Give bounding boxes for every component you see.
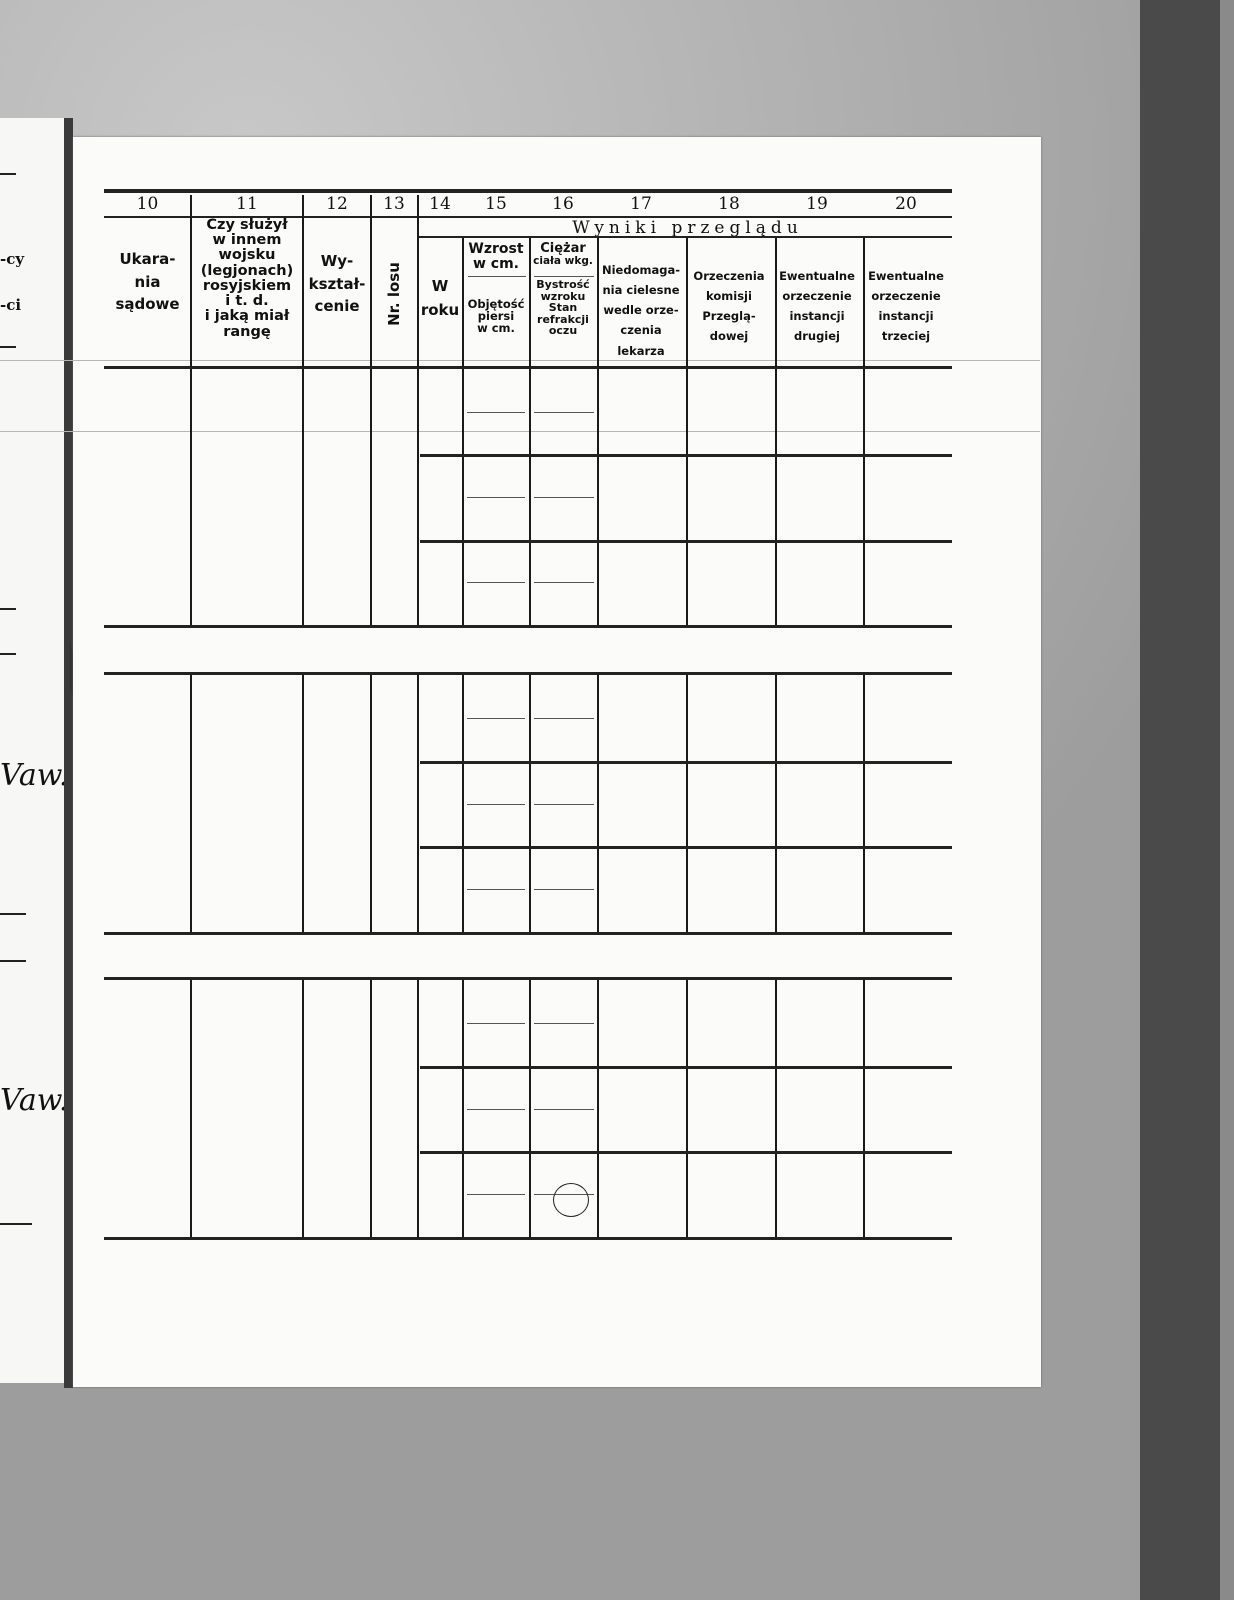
header-niedomagania: Niedomaga- nia cielesne wedle orze- czen… <box>597 260 685 361</box>
sub-row-rule <box>420 761 952 764</box>
header-line: Ewentualne <box>773 266 861 286</box>
column-divider <box>597 238 599 367</box>
measurement-split-rule <box>467 804 525 805</box>
column-divider <box>686 238 688 367</box>
column-number-14: 14 <box>417 194 463 216</box>
sub-row-rule <box>420 846 952 849</box>
sub-row-rule <box>420 1151 952 1154</box>
group-header-wyniki: Wyniki przeglądu <box>425 218 950 238</box>
measurement-split-rule <box>534 582 594 583</box>
header-line: rosyjskiem <box>191 279 303 294</box>
header-line: ciała wkg. <box>529 256 597 267</box>
left-rule <box>0 173 16 175</box>
column-divider <box>462 675 464 932</box>
scanner-shadow-band <box>1140 0 1220 1600</box>
column-number-11: 11 <box>191 194 303 216</box>
column-number-15: 15 <box>463 194 529 216</box>
block-top-rule <box>104 672 952 675</box>
header-line: czenia <box>597 320 685 340</box>
header-line: nia cielesne <box>597 280 685 300</box>
header-split-rule <box>468 276 526 277</box>
column-divider <box>370 675 372 932</box>
scan-artifact <box>0 360 1040 361</box>
header-line: dowej <box>685 326 773 346</box>
header-line: lekarza <box>597 341 685 361</box>
measurement-split-rule <box>467 889 525 890</box>
sub-row-rule <box>420 1066 952 1069</box>
header-line: wojsku <box>191 248 303 263</box>
left-text-fragment: -cy <box>0 250 24 268</box>
column-divider <box>529 980 531 1237</box>
header-bottom-rule <box>104 366 952 369</box>
header-line: Ewentualne <box>861 266 951 286</box>
column-divider <box>190 195 192 367</box>
header-line: oczu <box>529 325 597 337</box>
header-line: Ciężar <box>529 242 597 256</box>
scan-artifact <box>0 431 1040 432</box>
column-number-18: 18 <box>685 194 773 216</box>
measurement-split-rule <box>534 497 594 498</box>
header-objetosc: Objętość piersi w cm. <box>463 298 529 334</box>
column-divider <box>775 675 777 932</box>
header-line: Stan <box>529 302 597 314</box>
column-divider <box>417 980 419 1237</box>
header-line: instancji <box>861 306 951 326</box>
header-line: (legjonach) <box>191 264 303 279</box>
header-line: Bystrość <box>529 279 597 291</box>
header-orzeczenia-komisji: Orzeczenia komisji Przeglą- dowej <box>685 266 773 347</box>
column-number-12: 12 <box>303 194 371 216</box>
header-line: komisji <box>685 286 773 306</box>
header-wzrost: Wzrost w cm. <box>463 242 529 271</box>
block-top-rule <box>104 977 952 980</box>
header-line: roku <box>417 298 463 322</box>
measurement-split-rule <box>534 1023 594 1024</box>
column-divider <box>190 369 192 625</box>
header-wyksztalcenie: Wy- kształ- cenie <box>303 250 371 318</box>
column-divider <box>529 675 531 932</box>
column-number-10: 10 <box>104 194 191 216</box>
left-page-fragment: -cy -ci Vaw. Vaw. <box>0 118 69 1383</box>
column-divider <box>597 369 599 625</box>
block-bottom-rule <box>104 932 952 935</box>
column-divider <box>863 675 865 932</box>
column-number-19: 19 <box>773 194 861 216</box>
scanner-edge <box>1220 0 1234 1600</box>
header-line: nia <box>104 271 191 294</box>
measurement-split-rule <box>534 412 594 413</box>
group-header-rule <box>418 236 952 238</box>
header-line: Przeglą- <box>685 306 773 326</box>
header-line: Wzrost <box>463 242 529 257</box>
column-divider <box>462 369 464 625</box>
header-line: sądowe <box>104 293 191 316</box>
measurement-split-rule <box>467 1194 525 1195</box>
header-line: wedle orze- <box>597 300 685 320</box>
header-split-rule <box>534 276 594 277</box>
column-divider <box>529 238 531 367</box>
measurement-split-rule <box>534 804 594 805</box>
column-divider <box>597 980 599 1237</box>
sub-row-rule <box>420 540 952 543</box>
book-spine <box>64 118 73 1388</box>
left-rule <box>0 653 16 655</box>
block-bottom-rule <box>104 1237 952 1240</box>
column-divider <box>686 369 688 625</box>
header-line: Ukara- <box>104 248 191 271</box>
header-line: Niedomaga- <box>597 260 685 280</box>
column-divider <box>775 238 777 367</box>
column-divider <box>686 980 688 1237</box>
column-divider <box>863 980 865 1237</box>
handwritten-fragment: Vaw. <box>0 1083 68 1118</box>
column-divider <box>863 238 865 367</box>
column-divider <box>302 369 304 625</box>
header-ciezar: Ciężar ciała wkg. <box>529 242 597 267</box>
header-instancji-drugiej: Ewentualne orzeczenie instancji drugiej <box>773 266 861 347</box>
block-bottom-rule <box>104 625 952 628</box>
column-divider <box>775 980 777 1237</box>
measurement-split-rule <box>534 718 594 719</box>
header-line: cenie <box>303 295 371 318</box>
handwritten-fragment: Vaw. <box>0 758 68 793</box>
column-divider <box>302 980 304 1237</box>
measurement-split-rule <box>534 1109 594 1110</box>
measurement-split-rule <box>467 497 525 498</box>
column-divider <box>302 675 304 932</box>
column-divider <box>370 369 372 625</box>
measurement-split-rule <box>467 412 525 413</box>
measurement-split-rule <box>534 889 594 890</box>
header-line: Wy- <box>303 250 371 273</box>
header-line: trzeciej <box>861 326 951 346</box>
left-rule <box>0 960 26 962</box>
header-nr-losu: Nr. losu <box>385 258 403 330</box>
column-divider <box>370 195 372 367</box>
header-line: w cm. <box>463 322 529 334</box>
measurement-split-rule <box>467 718 525 719</box>
left-rule <box>0 913 26 915</box>
column-divider <box>686 675 688 932</box>
column-divider <box>370 980 372 1237</box>
measurement-split-rule <box>467 582 525 583</box>
column-divider <box>462 980 464 1237</box>
column-divider <box>190 675 192 932</box>
column-divider <box>417 369 419 625</box>
header-czy-sluzyl: Czy służył w innem wojsku (legjonach) ro… <box>191 218 303 340</box>
header-w-roku: W roku <box>417 274 463 322</box>
column-divider <box>863 369 865 625</box>
header-line: instancji <box>773 306 861 326</box>
sub-row-rule <box>420 454 952 457</box>
left-text-fragment: -ci <box>0 296 21 314</box>
header-line: i jaką miał <box>191 309 303 324</box>
column-divider <box>529 369 531 625</box>
column-divider <box>597 675 599 932</box>
measurement-split-rule <box>467 1023 525 1024</box>
column-divider <box>302 195 304 367</box>
header-instancji-trzeciej: Ewentualne orzeczenie instancji trzeciej <box>861 266 951 347</box>
column-number-17: 17 <box>597 194 685 216</box>
column-number-20: 20 <box>861 194 951 216</box>
column-divider <box>462 238 464 367</box>
left-rule <box>0 608 16 610</box>
column-divider <box>190 980 192 1237</box>
header-line: drugiej <box>773 326 861 346</box>
left-rule <box>0 1223 32 1225</box>
column-divider <box>775 369 777 625</box>
top-rule <box>104 189 952 193</box>
header-line: i t. d. <box>191 294 303 309</box>
header-line: w innem <box>191 233 303 248</box>
column-number-13: 13 <box>371 194 417 216</box>
header-line: w cm. <box>463 257 529 272</box>
header-line: rangę <box>191 325 303 340</box>
handwritten-circle-mark <box>553 1183 589 1217</box>
header-bystrosc: Bystrość wzroku Stan refrakcji oczu <box>529 279 597 337</box>
measurement-split-rule <box>467 1109 525 1110</box>
column-number-16: 16 <box>529 194 597 216</box>
header-line: Orzeczenia <box>685 266 773 286</box>
header-line: kształ- <box>303 273 371 296</box>
header-line: Czy służył <box>191 218 303 233</box>
left-rule <box>0 346 16 348</box>
column-divider <box>417 195 419 367</box>
header-ukarania: Ukara- nia sądowe <box>104 248 191 316</box>
header-line: orzeczenie <box>861 286 951 306</box>
column-divider <box>417 675 419 932</box>
header-line: W <box>417 274 463 298</box>
header-line: orzeczenie <box>773 286 861 306</box>
